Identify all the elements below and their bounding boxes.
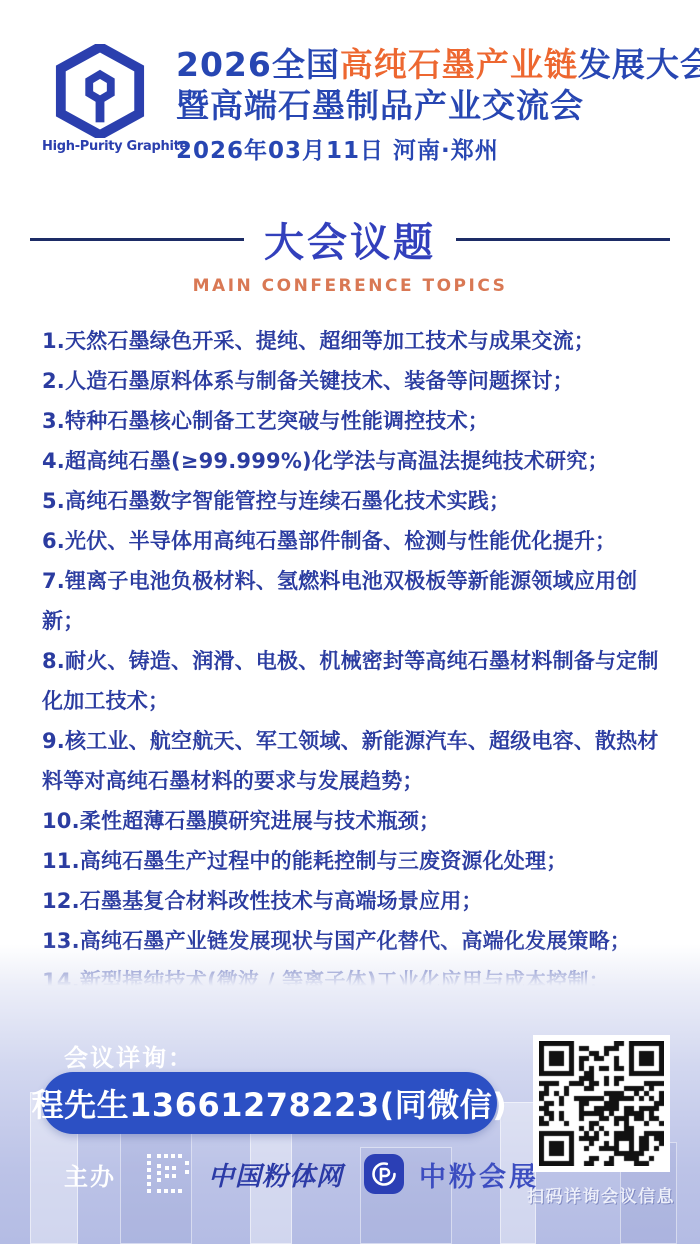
topic-item-3: 3.特种石墨核心制备工艺突破与性能调控技术； [42,401,662,441]
qr-code [539,1041,664,1166]
logo-caption: High-Purity Graphite [42,139,158,154]
topic-item-8: 8.耐火、铸造、润滑、电极、机械密封等高纯石墨材料制备与定制化加工技术； [42,641,662,721]
topic-item-10: 10.柔性超薄石墨膜研究进展与技术瓶颈； [42,801,662,841]
topic-item-12: 12.石墨基复合材料改性技术与高端场景应用； [42,881,662,921]
topic-item-2: 2.人造石墨原料体系与制备关键技术、装备等问题探讨； [42,361,662,401]
footer-content: 会议详询： 程先生13661278223(同微信) 主办 中国粉体网 [0,1030,700,1244]
qr-code-box [533,1035,670,1172]
contact-phone-button[interactable]: 程先生13661278223(同微信) [42,1072,497,1134]
inquiry-label: 会议详询： [64,1038,194,1073]
topic-item-9: 9.核工业、航空航天、军工领域、新能源汽车、超级电容、散热材料等对高纯石墨材料的… [42,721,662,801]
organizer-label: 主办 [64,1157,116,1192]
topic-item-4: 4.超高纯石墨(≥99.999%)化学法与高温法提纯技术研究； [42,441,662,481]
section-title: 大会议题 [264,211,436,268]
organizer2-name: 中粉会展 [419,1155,539,1194]
title-pre: 2026全国 [176,45,340,84]
topic-item-5: 5.高纯石墨数字智能管控与连续石墨化技术实践； [42,481,662,521]
china-powder-network-logo-icon [145,1152,193,1196]
date-location: 2026年03月11日 河南·郑州 [176,132,700,165]
topic-item-7: 7.锂离子电池负极材料、氢燃料电池双极板等新能源领域应用创新； [42,561,662,641]
title-highlight: 高纯石墨产业链 [340,45,578,84]
left-divider-line [30,238,244,241]
conference-title-line1: 2026全国高纯石墨产业链发展大会 [176,44,700,85]
section-head: 大会议题 [30,211,670,268]
hpg-hexagon-logo-icon [50,44,150,138]
topics-list: 1.天然石墨绿色开采、提纯、超细等加工技术与成果交流； 2.人造石墨原料体系与制… [42,321,662,1041]
conference-title-line2: 暨高端石墨制品产业交流会 [176,85,700,126]
title-post: 发展大会 [578,45,700,84]
section-subtitle: MAIN CONFERENCE TOPICS [0,276,700,296]
qr-caption: 扫码详询会议信息 [527,1182,675,1207]
organizer1-name: 中国粉体网 [208,1156,343,1193]
zhongfen-badge-icon [364,1154,404,1194]
hpg-logo-block: High-Purity Graphite [42,40,158,165]
title-block: 2026全国高纯石墨产业链发展大会 暨高端石墨制品产业交流会 2026年03月1… [176,40,700,165]
right-divider-line [456,238,670,241]
topic-item-6: 6.光伏、半导体用高纯石墨部件制备、检测与性能优化提升； [42,521,662,561]
organizer-row: 主办 中国粉体网 中粉会展 [64,1152,539,1196]
poster-header: High-Purity Graphite 2026全国高纯石墨产业链发展大会 暨… [0,0,700,165]
topic-item-11: 11.高纯石墨生产过程中的能耗控制与三废资源化处理； [42,841,662,881]
topic-item-1: 1.天然石墨绿色开采、提纯、超细等加工技术与成果交流； [42,321,662,361]
